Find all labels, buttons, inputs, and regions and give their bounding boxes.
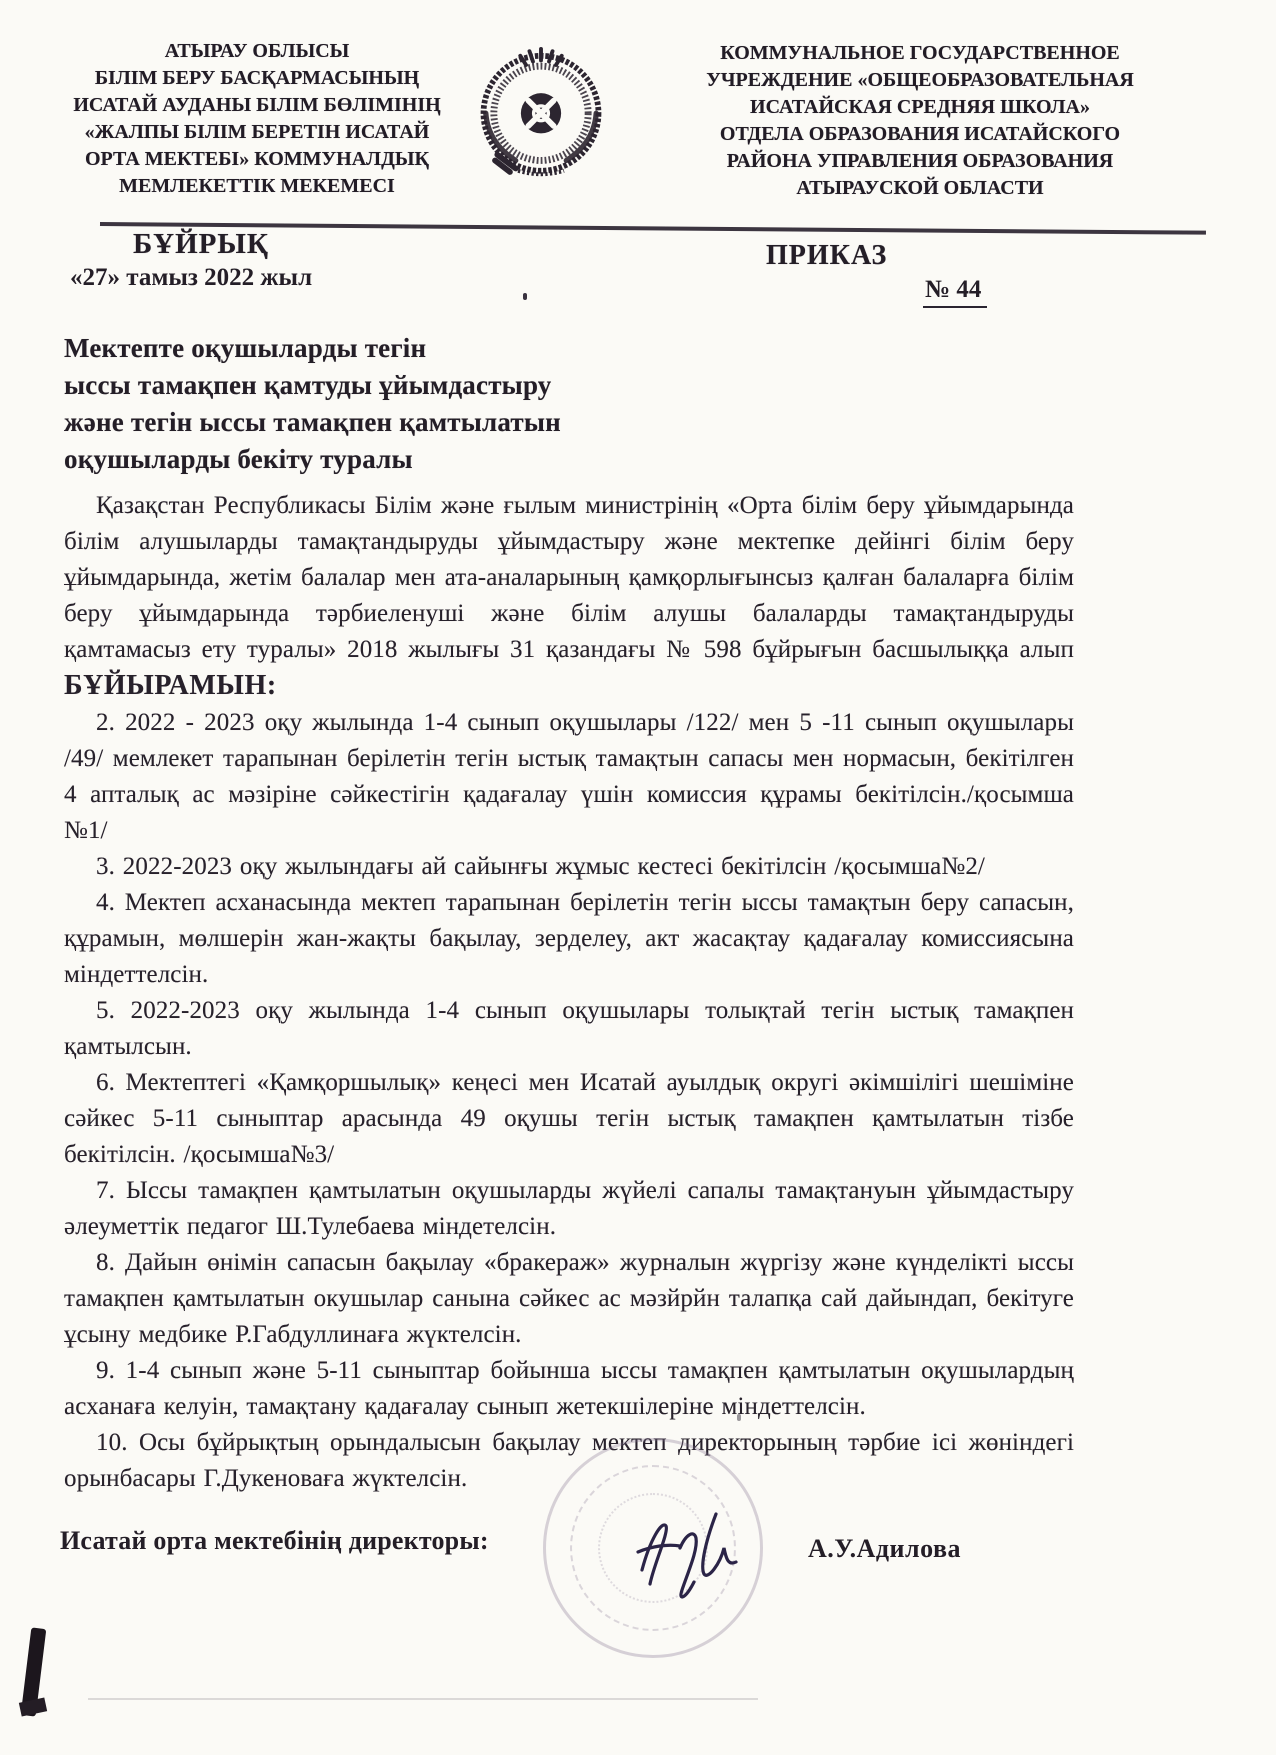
- title-line: Мектепте оқушыларды тегін: [64, 330, 561, 367]
- letterhead: АТЫРАУ ОБЛЫСЫ БІЛІМ БЕРУ БАСҚАРМАСЫНЫҢ И…: [52, 34, 1220, 202]
- signatory-name: А.У.Адилова: [808, 1534, 961, 1564]
- scan-artifact-faint-line: [88, 1698, 758, 1700]
- preamble-text: Қазақстан Республикасы Білім және ғылым …: [64, 492, 1074, 663]
- org-right-line: РАЙОНА УПРАВЛЕНИЯ ОБРАЗОВАНИЯ: [620, 148, 1220, 175]
- preamble-paragraph: Қазақстан Республикасы Білім және ғылым …: [64, 488, 1074, 705]
- directive-word: БҰЙЫРАМЫН:: [64, 670, 277, 701]
- org-right-line: АТЫРАУСКОЙ ОБЛАСТИ: [620, 175, 1220, 202]
- org-right-line: УЧРЕЖДЕНИЕ «ОБЩЕОБРАЗОВАТЕЛЬНАЯ: [620, 67, 1220, 94]
- title-line: оқушыларды бекіту туралы: [64, 441, 561, 478]
- order-item-5: 5. 2022-2023 оқу жылында 1-4 сынып оқушы…: [64, 993, 1074, 1065]
- org-name-kazakh: АТЫРАУ ОБЛЫСЫ БІЛІМ БЕРУ БАСҚАРМАСЫНЫҢ И…: [52, 34, 462, 200]
- scan-artifact-speck: [737, 1414, 741, 1421]
- order-number: № 44: [923, 276, 987, 308]
- order-title: Мектепте оқушыларды тегін ыссы тамақпен …: [64, 330, 561, 478]
- doc-type-russian: ПРИКАЗ: [766, 240, 887, 272]
- org-right-line: ИСАТАЙСКАЯ СРЕДНЯЯ ШКОЛА»: [620, 94, 1220, 121]
- org-left-line: ОРТА МЕКТЕБІ» КОММУНАЛДЫҚ: [52, 146, 462, 173]
- handwritten-signature-icon: [628, 1506, 748, 1610]
- org-right-line: ОТДЕЛА ОБРАЗОВАНИЯ ИСАТАЙСКОГО: [620, 121, 1220, 148]
- title-line: және тегін ыссы тамақпен қамтылатын: [64, 404, 561, 441]
- order-date: «27» тамыз 2022 жыл: [70, 264, 312, 292]
- order-item-3: 3. 2022-2023 оқу жылындағы ай сайынғы жұ…: [64, 849, 1074, 885]
- doc-type-kazakh: БҰЙРЫҚ: [133, 228, 269, 261]
- order-item-2: 2. 2022 - 2023 оқу жылында 1-4 сынып оқу…: [64, 705, 1074, 849]
- org-left-line: БІЛІМ БЕРУ БАСҚАРМАСЫНЫҢ: [52, 65, 462, 92]
- org-left-line: МЕМЛЕКЕТТІК МЕКЕМЕСІ: [52, 173, 462, 200]
- order-item-9: 9. 1-4 сынып және 5-11 сыныптар бойынша …: [64, 1353, 1074, 1425]
- org-left-line: АТЫРАУ ОБЛЫСЫ: [52, 38, 462, 65]
- title-line: ыссы тамақпен қамтуды ұйымдастыру: [64, 367, 561, 404]
- order-body: Қазақстан Республикасы Білім және ғылым …: [64, 488, 1074, 1497]
- order-item-6: 6. Мектептегі «Қамқоршылық» кеңесі мен И…: [64, 1065, 1074, 1173]
- order-item-4: 4. Мектеп асханасында мектеп тарапынан б…: [64, 885, 1074, 993]
- kazakhstan-coat-of-arms-icon: [462, 34, 620, 182]
- order-item-10: 10. Осы бұйрықтың орындалысын бақылау ме…: [64, 1425, 1074, 1497]
- org-right-line: КОММУНАЛЬНОЕ ГОСУДАРСТВЕННОЕ: [620, 40, 1220, 67]
- org-name-russian: КОММУНАЛЬНОЕ ГОСУДАРСТВЕННОЕ УЧРЕЖДЕНИЕ …: [620, 34, 1220, 202]
- scanned-order-document: АТЫРАУ ОБЛЫСЫ БІЛІМ БЕРУ БАСҚАРМАСЫНЫҢ И…: [0, 0, 1276, 1755]
- scan-artifact-speck: [523, 293, 527, 300]
- org-left-line: ИСАТАЙ АУДАНЫ БІЛІМ БӨЛІМІНІҢ: [52, 92, 462, 119]
- org-left-line: «ЖАЛПЫ БІЛІМ БЕРЕТІН ИСАТАЙ: [52, 119, 462, 146]
- signatory-title: Исатай орта мектебінің директоры:: [60, 1526, 489, 1556]
- order-item-8: 8. Дайын өнімін сапасын бақылау «бракера…: [64, 1245, 1074, 1353]
- order-item-7: 7. Ыссы тамақпен қамтылатын оқушыларды ж…: [64, 1173, 1074, 1245]
